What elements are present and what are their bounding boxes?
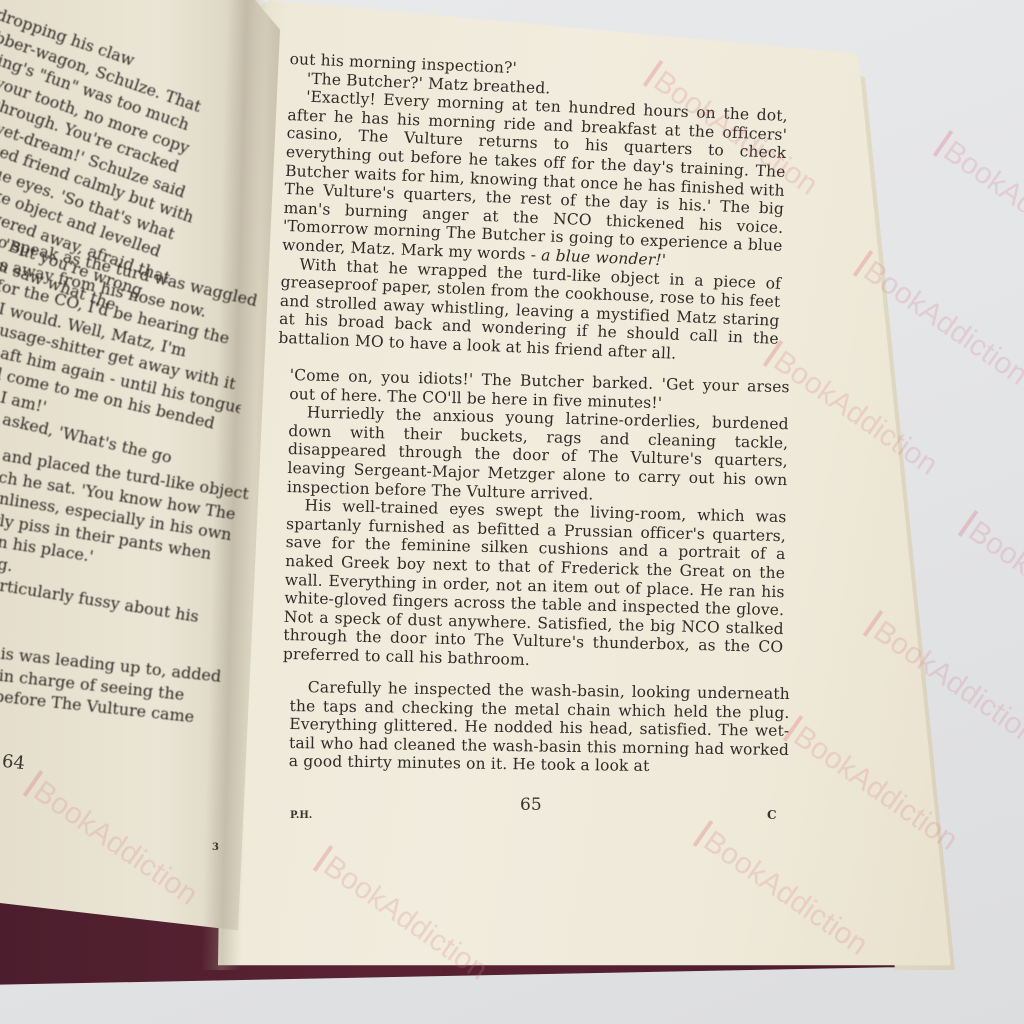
paragraph: Carefully he inspected the wash-basin, l… [289,678,790,778]
paragraph: Hurriedly the anxious young latrine-orde… [287,403,789,508]
right-page-number: 65 [520,795,542,815]
paragraph: His well-trained eyes swept the living-r… [283,496,787,676]
watermark: BookAddiction [930,130,1024,272]
footer-signature-mark: C [767,808,777,822]
right-page-section-2: 'Come on, you idiots!' The Butcher barke… [283,366,790,676]
left-page-number: 64 [1,751,26,774]
footer-printer-mark: P.H. [290,810,312,821]
left-signature-mark: 3 [212,842,219,853]
watermark: BookAddiction [955,510,1024,652]
right-page-section-3: Carefully he inspected the wash-basin, l… [289,678,790,778]
book-photo: ut, dropping his clawa rubber-wagon, Sch… [0,0,1024,1024]
